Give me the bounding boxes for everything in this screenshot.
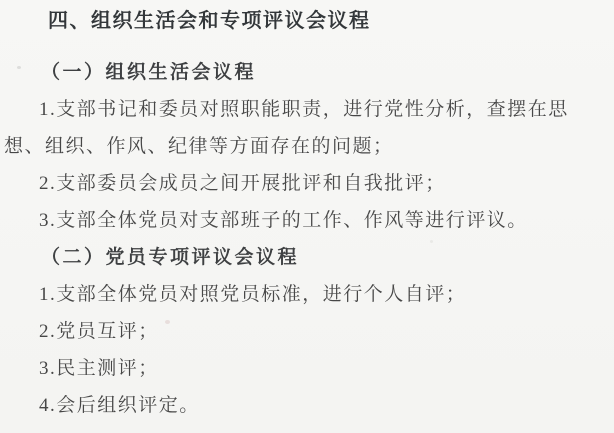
- document-body: （一）组织生活会议程 1.支部书记和委员对照职能职责，进行党性分析，查摆在思 想…: [0, 54, 614, 424]
- section-1-item-3: 3.支部全体党员对支部班子的工作、作风等进行评议。: [0, 202, 614, 239]
- section-1-item-1-line-1: 1.支部书记和委员对照职能职责，进行党性分析，查摆在思: [0, 91, 614, 128]
- section-1-heading: （一）组织生活会议程: [0, 54, 614, 91]
- section-2-heading: （二）党员专项评议会议程: [0, 239, 614, 276]
- document-title: 四、组织生活会和专项评议会议程: [0, 0, 614, 33]
- section-2-item-2: 2.党员互评；: [0, 313, 614, 350]
- section-1-item-2: 2.支部委员会成员之间开展批评和自我批评；: [0, 165, 614, 202]
- section-2-item-4: 4.会后组织评定。: [0, 387, 614, 424]
- section-2-item-3: 3.民主测评；: [0, 350, 614, 387]
- section-1-item-1-line-2: 想、组织、作风、纪律等方面存在的问题；: [0, 128, 614, 165]
- section-2-item-1: 1.支部全体党员对照党员标准，进行个人自评；: [0, 276, 614, 313]
- scanned-document-page: 四、组织生活会和专项评议会议程 （一）组织生活会议程 1.支部书记和委员对照职能…: [0, 0, 614, 433]
